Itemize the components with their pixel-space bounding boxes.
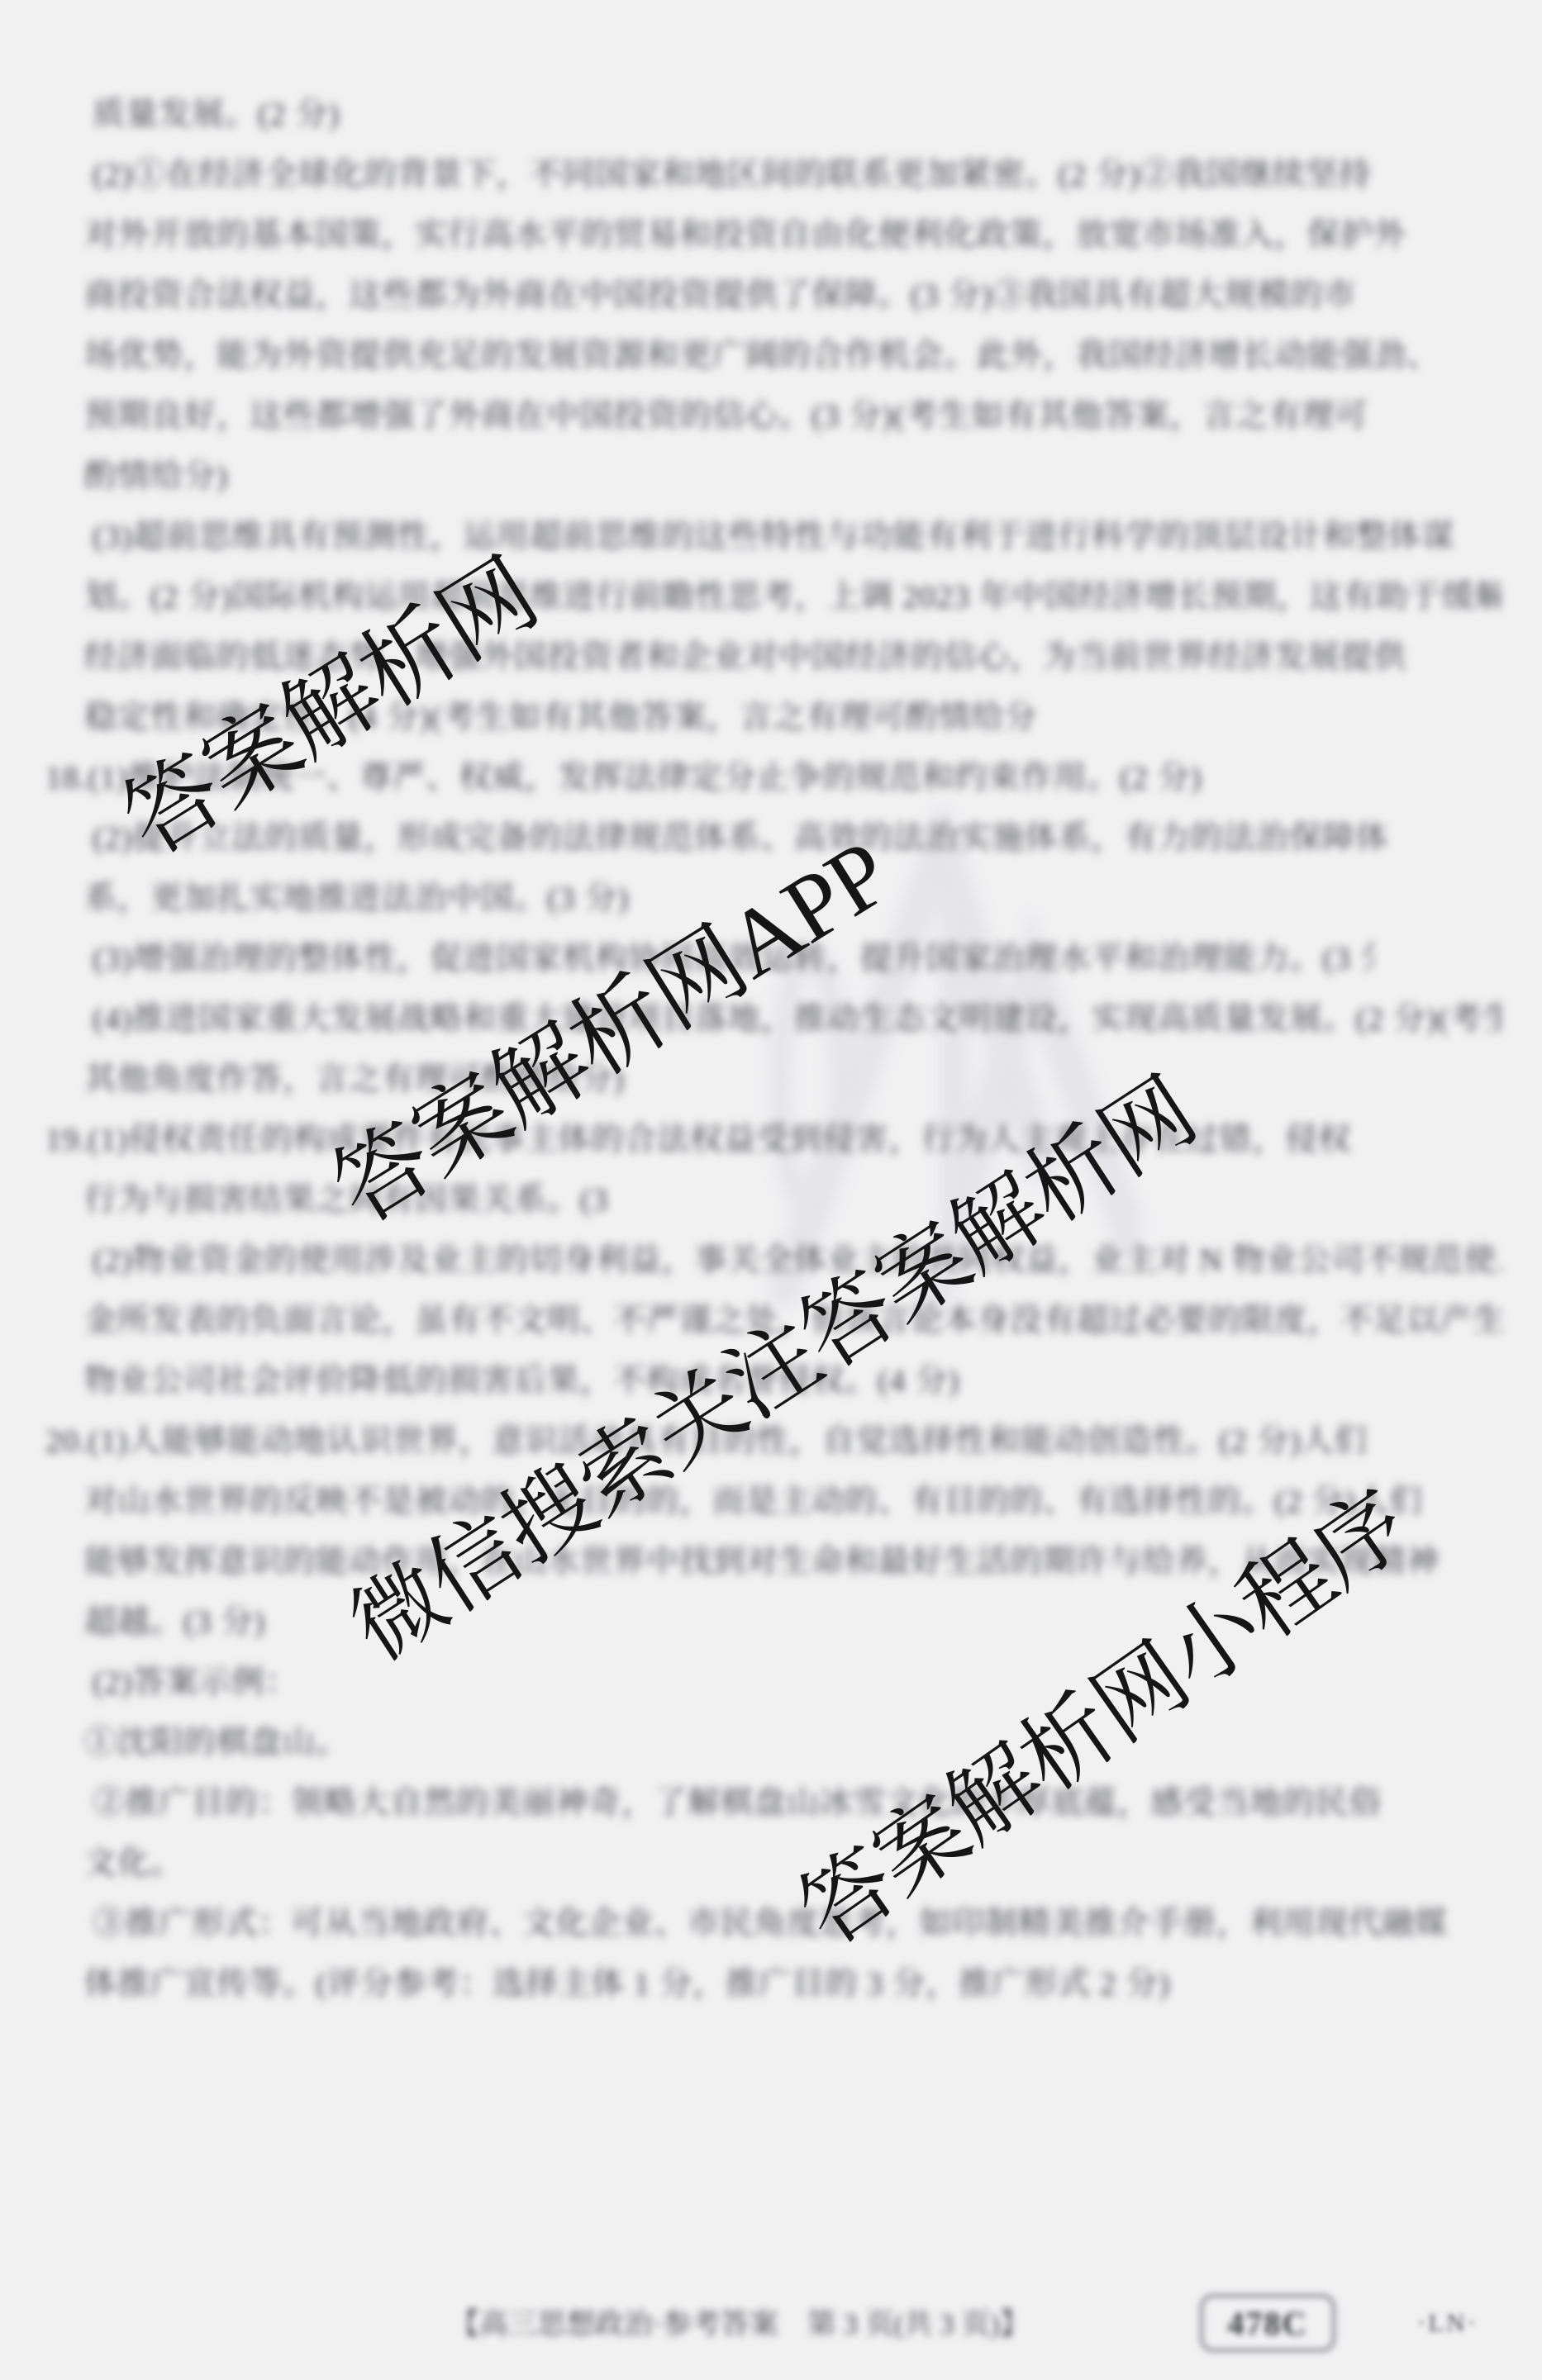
body-text-line: 系，更加扎实地推进法治中国。(3 分) (84, 876, 654, 921)
body-text-line: ③推广形式：可从当地政府、文化企业、市民角度思考，如印制精美推介手册，利用现代融… (93, 1902, 1502, 1946)
body-text-line: 预期良好，这些都增强了外商在中国投资的信心。(3 分)(考生如有其他答案，言之有… (84, 394, 1502, 439)
body-text-line: 划。(2 分)国际机构运用超前思维进行前瞻性思考，上调 2023 年中国经济增长… (84, 575, 1502, 620)
footer-page-caption: 【高三思想政治·参考答案 第 3 页(共 3 页)】 (450, 2302, 1045, 2348)
body-text-line: (3)超前思维具有预测性，运用超前思维的这些特性与功能有利于进行科学的顶层设计和… (93, 515, 1502, 559)
body-text-line: 文化。 (84, 1841, 196, 1886)
exam-code: 478C (1228, 2304, 1308, 2343)
region-code: ·LN· (1390, 2305, 1506, 2341)
body-text-line: 场优势，能为外资提供充足的发展资源和更广阔的合作机会。此外，我国经济增长动能强劲… (84, 334, 1502, 378)
exam-code-badge: 478C (1200, 2294, 1335, 2352)
body-text-line: 对外开放的基本国策，实行高水平的贸易和投资自由化便利化政策，放宽市场准入，保护外 (84, 213, 1502, 258)
body-text-line: 超越。(3 分) (84, 1600, 303, 1645)
body-text-line: 19.(1)侵权责任的构成要件有民事主体的合法权益受到侵害，行为人主观上存在过错… (45, 1118, 1502, 1162)
body-text-line: (2)答案示例： (93, 1660, 336, 1705)
document-page: 质量发展。(2 分)(2)①在经济全球化的背景下，不同国家和地区间的联系更加紧密… (0, 0, 1542, 2380)
body-text-line: 商投资合法权益，这些都为外商在中国投资提供了保障。(3 分)③我国具有超大规模的… (84, 273, 1502, 318)
body-text-line: (4)推进国家重大发展战略和重大建设项目落地，推动生态文明建设，实现高质量发展。… (93, 997, 1502, 1042)
body-text-line: 体推广宣传等。(评分参考：选择主体 1 分，推广目的 3 分，推广形式 2 分) (84, 1962, 1216, 2007)
diagonal-watermark-4: 答案解析网小程序 (769, 1454, 1429, 1970)
body-text-line: 酌情给分) (84, 454, 274, 499)
body-text-line: ①沈阳的棋盘山。 (84, 1721, 349, 1765)
body-text-line: ②推广目的：领略大自然的美丽神奇，了解棋盘山冰雪文化的丰厚底蕴，感受当地的民俗 (93, 1781, 1502, 1826)
body-text-line: (2)①在经济全球化的背景下，不同国家和地区间的联系更加紧密。(2 分)②我国继… (93, 153, 1502, 197)
body-text-line: 质量发展。(2 分) (93, 93, 369, 137)
